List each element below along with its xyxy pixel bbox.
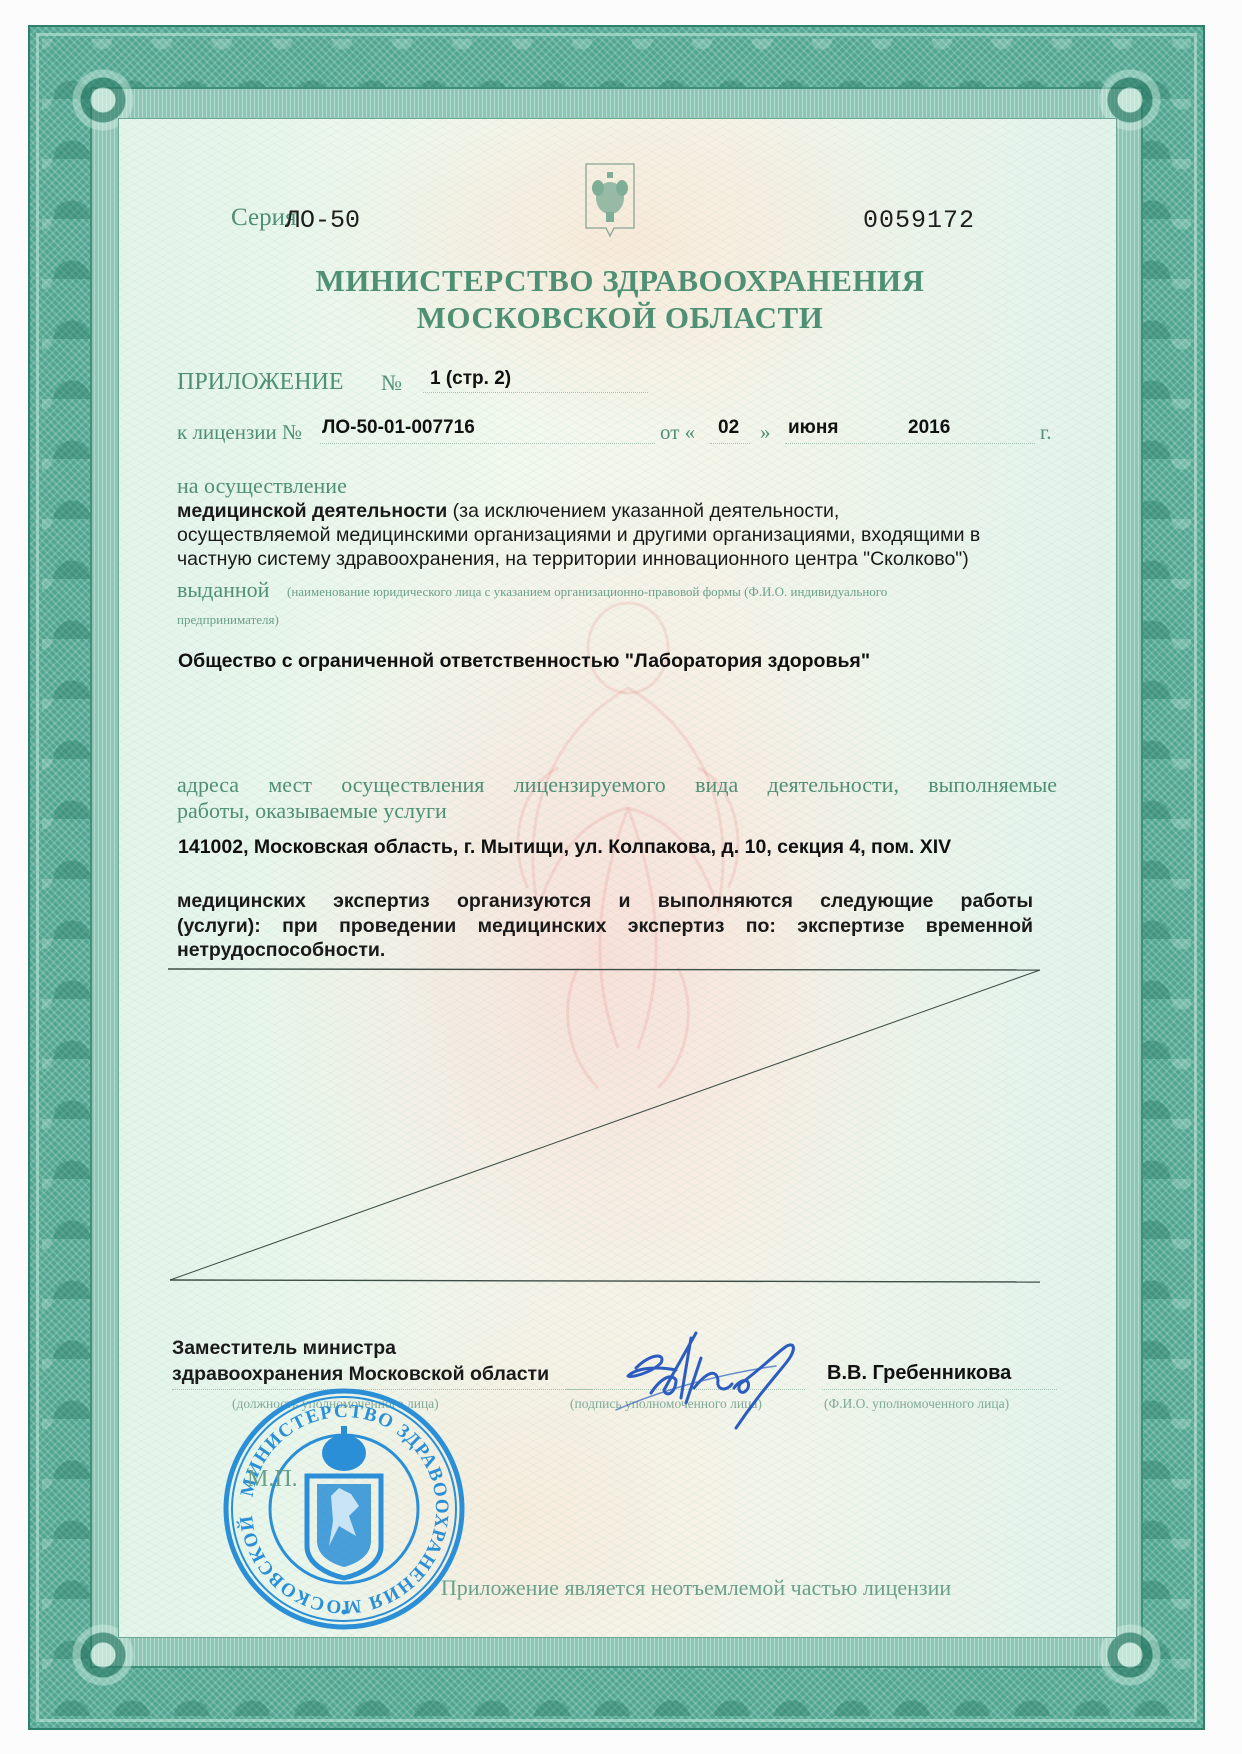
services-line3: нетрудоспособности. [177,938,1033,963]
activity-bold: медицинской деятельности [177,500,447,522]
footer-note: Приложение является неотъемлемой частью … [0,1575,1242,1601]
license-day: 02 [718,417,739,439]
appendix-number-sign: № [381,370,402,396]
license-label: к лицензии № [177,420,302,445]
appendix-underline [423,392,648,393]
ministry-title: МИНИСТЕРСТВО ЗДРАВООХРАНЕНИЯ МОСКОВСКОЙ … [200,262,1040,336]
appendix-label: ПРИЛОЖЕНИЕ [177,369,344,396]
license-date-close-quote: » [760,420,771,445]
license-number-underline [320,443,655,444]
name-underline [822,1389,1057,1390]
series-value: ЛО-50 [285,206,360,235]
signatory-position-line1: Заместитель министра [172,1335,549,1361]
activity-line2: осуществляемой медицинскими организациям… [177,523,1057,547]
activity-line1: (за исключением указанной деятельности, [447,500,839,522]
handwritten-signature-icon [606,1318,816,1438]
moscow-oblast-coat-of-arms-icon [307,1426,381,1578]
license-year: 2016 [908,417,950,439]
issued-to-hint-line1: (наименование юридического лица с указан… [287,584,887,600]
activity-label: на осуществление [177,473,347,499]
addresses-label: адреса мест осуществления лицензируемого… [177,772,1057,824]
caption-name: (Ф.И.О. уполномоченного лица) [824,1396,1009,1412]
activity-description: медицинской деятельности (за исключением… [177,499,1057,571]
license-day-underline [710,443,750,444]
activity-line3: частную систему здравоохранения, на терр… [177,547,1057,571]
services-line2: (услуги): при проведении медицинских экс… [177,914,1033,939]
appendix-number-value: 1 (стр. 2) [430,368,511,390]
address-value: 141002, Московская область, г. Мытищи, у… [178,836,951,859]
signatory-position-line2: здравоохранения Московской области [172,1361,549,1387]
stamp-place-label: М.П. [247,1466,298,1493]
addresses-label-line1: адреса мест осуществления лицензируемого… [177,772,1057,798]
serial-number: 0059172 [863,206,975,235]
signatory-position: Заместитель министра здравоохранения Мос… [172,1335,549,1387]
issued-to-label: выданной [177,577,269,603]
services-description: медицинских экспертиз организуются и вып… [177,889,1033,963]
ministry-title-line2: МОСКОВСКОЙ ОБЛАСТИ [200,299,1040,336]
addresses-label-line2: работы, оказываемые услуги [177,798,1057,824]
ministry-title-line1: МИНИСТЕРСТВО ЗДРАВООХРАНЕНИЯ [200,262,1040,299]
organization-name: Общество с ограниченной ответственностью… [178,650,870,673]
signatory-name: В.В. Гребенникова [827,1362,1011,1385]
services-line1: медицинских экспертиз организуются и вып… [177,889,1033,914]
license-month-year-underline [785,443,1035,444]
license-date-open-quote: от « [660,420,695,445]
russian-coat-of-arms-icon [584,162,636,242]
license-month: июня [788,417,838,439]
issued-to-hint-line2: предпринимателя) [177,612,279,628]
license-year-suffix: г. [1040,420,1052,445]
license-number: ЛО-50-01-007716 [322,417,475,439]
